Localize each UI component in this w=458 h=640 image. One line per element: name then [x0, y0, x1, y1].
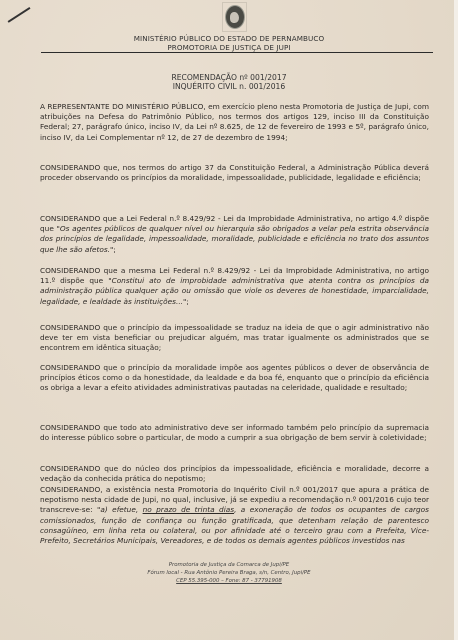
document-subtitle: INQUÉRITO CIVIL n. 001/2016: [0, 82, 458, 91]
quote: "Os agentes públicos de qualquer nível o…: [40, 224, 429, 253]
paragraph-considerando-4: CONSIDERANDO que o princípio da impessoa…: [40, 323, 429, 354]
paragraph-considerando-1: CONSIDERANDO que, nos termos do artigo 3…: [40, 163, 429, 183]
quote: "a) efetue, no prazo de trinta dias, a e…: [40, 505, 429, 545]
text: "a) efetue,: [97, 505, 143, 514]
text: ;: [113, 245, 115, 254]
header-office: PROMOTORIA DE JUSTIÇA DE JUPI: [0, 43, 458, 52]
text: ;: [186, 297, 188, 306]
header-institution: MINISTÉRIO PÚBLICO DO ESTADO DE PERNAMBU…: [0, 34, 458, 43]
paragraph-considerando-6: CONSIDERANDO que todo ato administrativo…: [40, 423, 429, 443]
paragraph-considerando-3: CONSIDERANDO que a mesma Lei Federal n.º…: [40, 266, 429, 307]
coat-of-arms-seal-icon: [222, 2, 247, 32]
document-title: RECOMENDAÇÃO nº 001/2017: [0, 73, 458, 82]
paragraph-considerando-8: CONSIDERANDO, a existência nesta Promoto…: [40, 485, 429, 546]
pen-mark: [8, 7, 31, 22]
underlined-text: no prazo de trinta dias: [143, 505, 234, 514]
paragraph-considerando-2: CONSIDERANDO que a Lei Federal n.º 8.429…: [40, 214, 429, 255]
footer-office: Promotoria de Justiça da Comarca de Jupi…: [0, 562, 458, 568]
header-divider: [41, 52, 433, 53]
paragraph-considerando-5: CONSIDERANDO que o princípio da moralida…: [40, 363, 429, 394]
page-edge: [454, 0, 458, 640]
footer-address: Fórum local - Rua Antônio Pereira Braga,…: [0, 570, 458, 576]
scanned-document-page: MINISTÉRIO PÚBLICO DO ESTADO DE PERNAMBU…: [0, 0, 454, 640]
paragraph-preamble: A REPRESENTANTE DO MINISTÉRIO PÚBLICO, e…: [40, 102, 429, 143]
paragraph-considerando-7: CONSIDERANDO que do núcleo dos princípio…: [40, 464, 429, 484]
footer-contact: CEP 55.395-000 – Fone: 87 - 37791908: [0, 578, 458, 584]
